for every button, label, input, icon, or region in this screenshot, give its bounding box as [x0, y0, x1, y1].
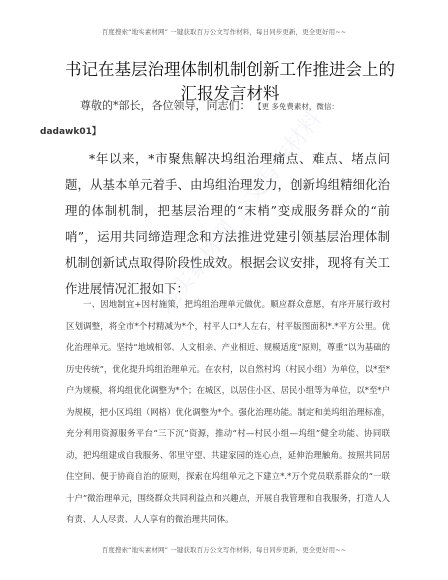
intro-paragraph: *年以来，*市聚焦解决坞组治理痛点、难点、堵点问题，从基本单元着手、由坞组治理发…: [65, 146, 390, 302]
promo-text: 【更 多免费素材，微信：: [254, 102, 339, 111]
wechat-id: dadawk01】: [40, 124, 101, 137]
header-promo-note: 百度搜索“地实素材网” 一键获取百万公文写作材料，每日同步更新，更全更好用~~: [0, 27, 448, 36]
section-1-paragraph: 一、因地制宜+因村施策，把坞组治理单元做优。顺应群众意愿，有序开展行政村区划调整…: [66, 294, 390, 531]
salutation-text: 尊敬的*部长，各位领导，同志们：: [80, 99, 251, 112]
footer-promo-note: 百度搜索“地实素材网” 一键获取百万公文写作材料，每日同步更新，更全更好用~~: [0, 545, 448, 554]
title-line-1: 书记在基层治理体制机制创新工作推进会上的: [40, 58, 420, 82]
salutation: 尊敬的*部长，各位领导，同志们： 【更 多免费素材，微信：: [80, 97, 339, 113]
